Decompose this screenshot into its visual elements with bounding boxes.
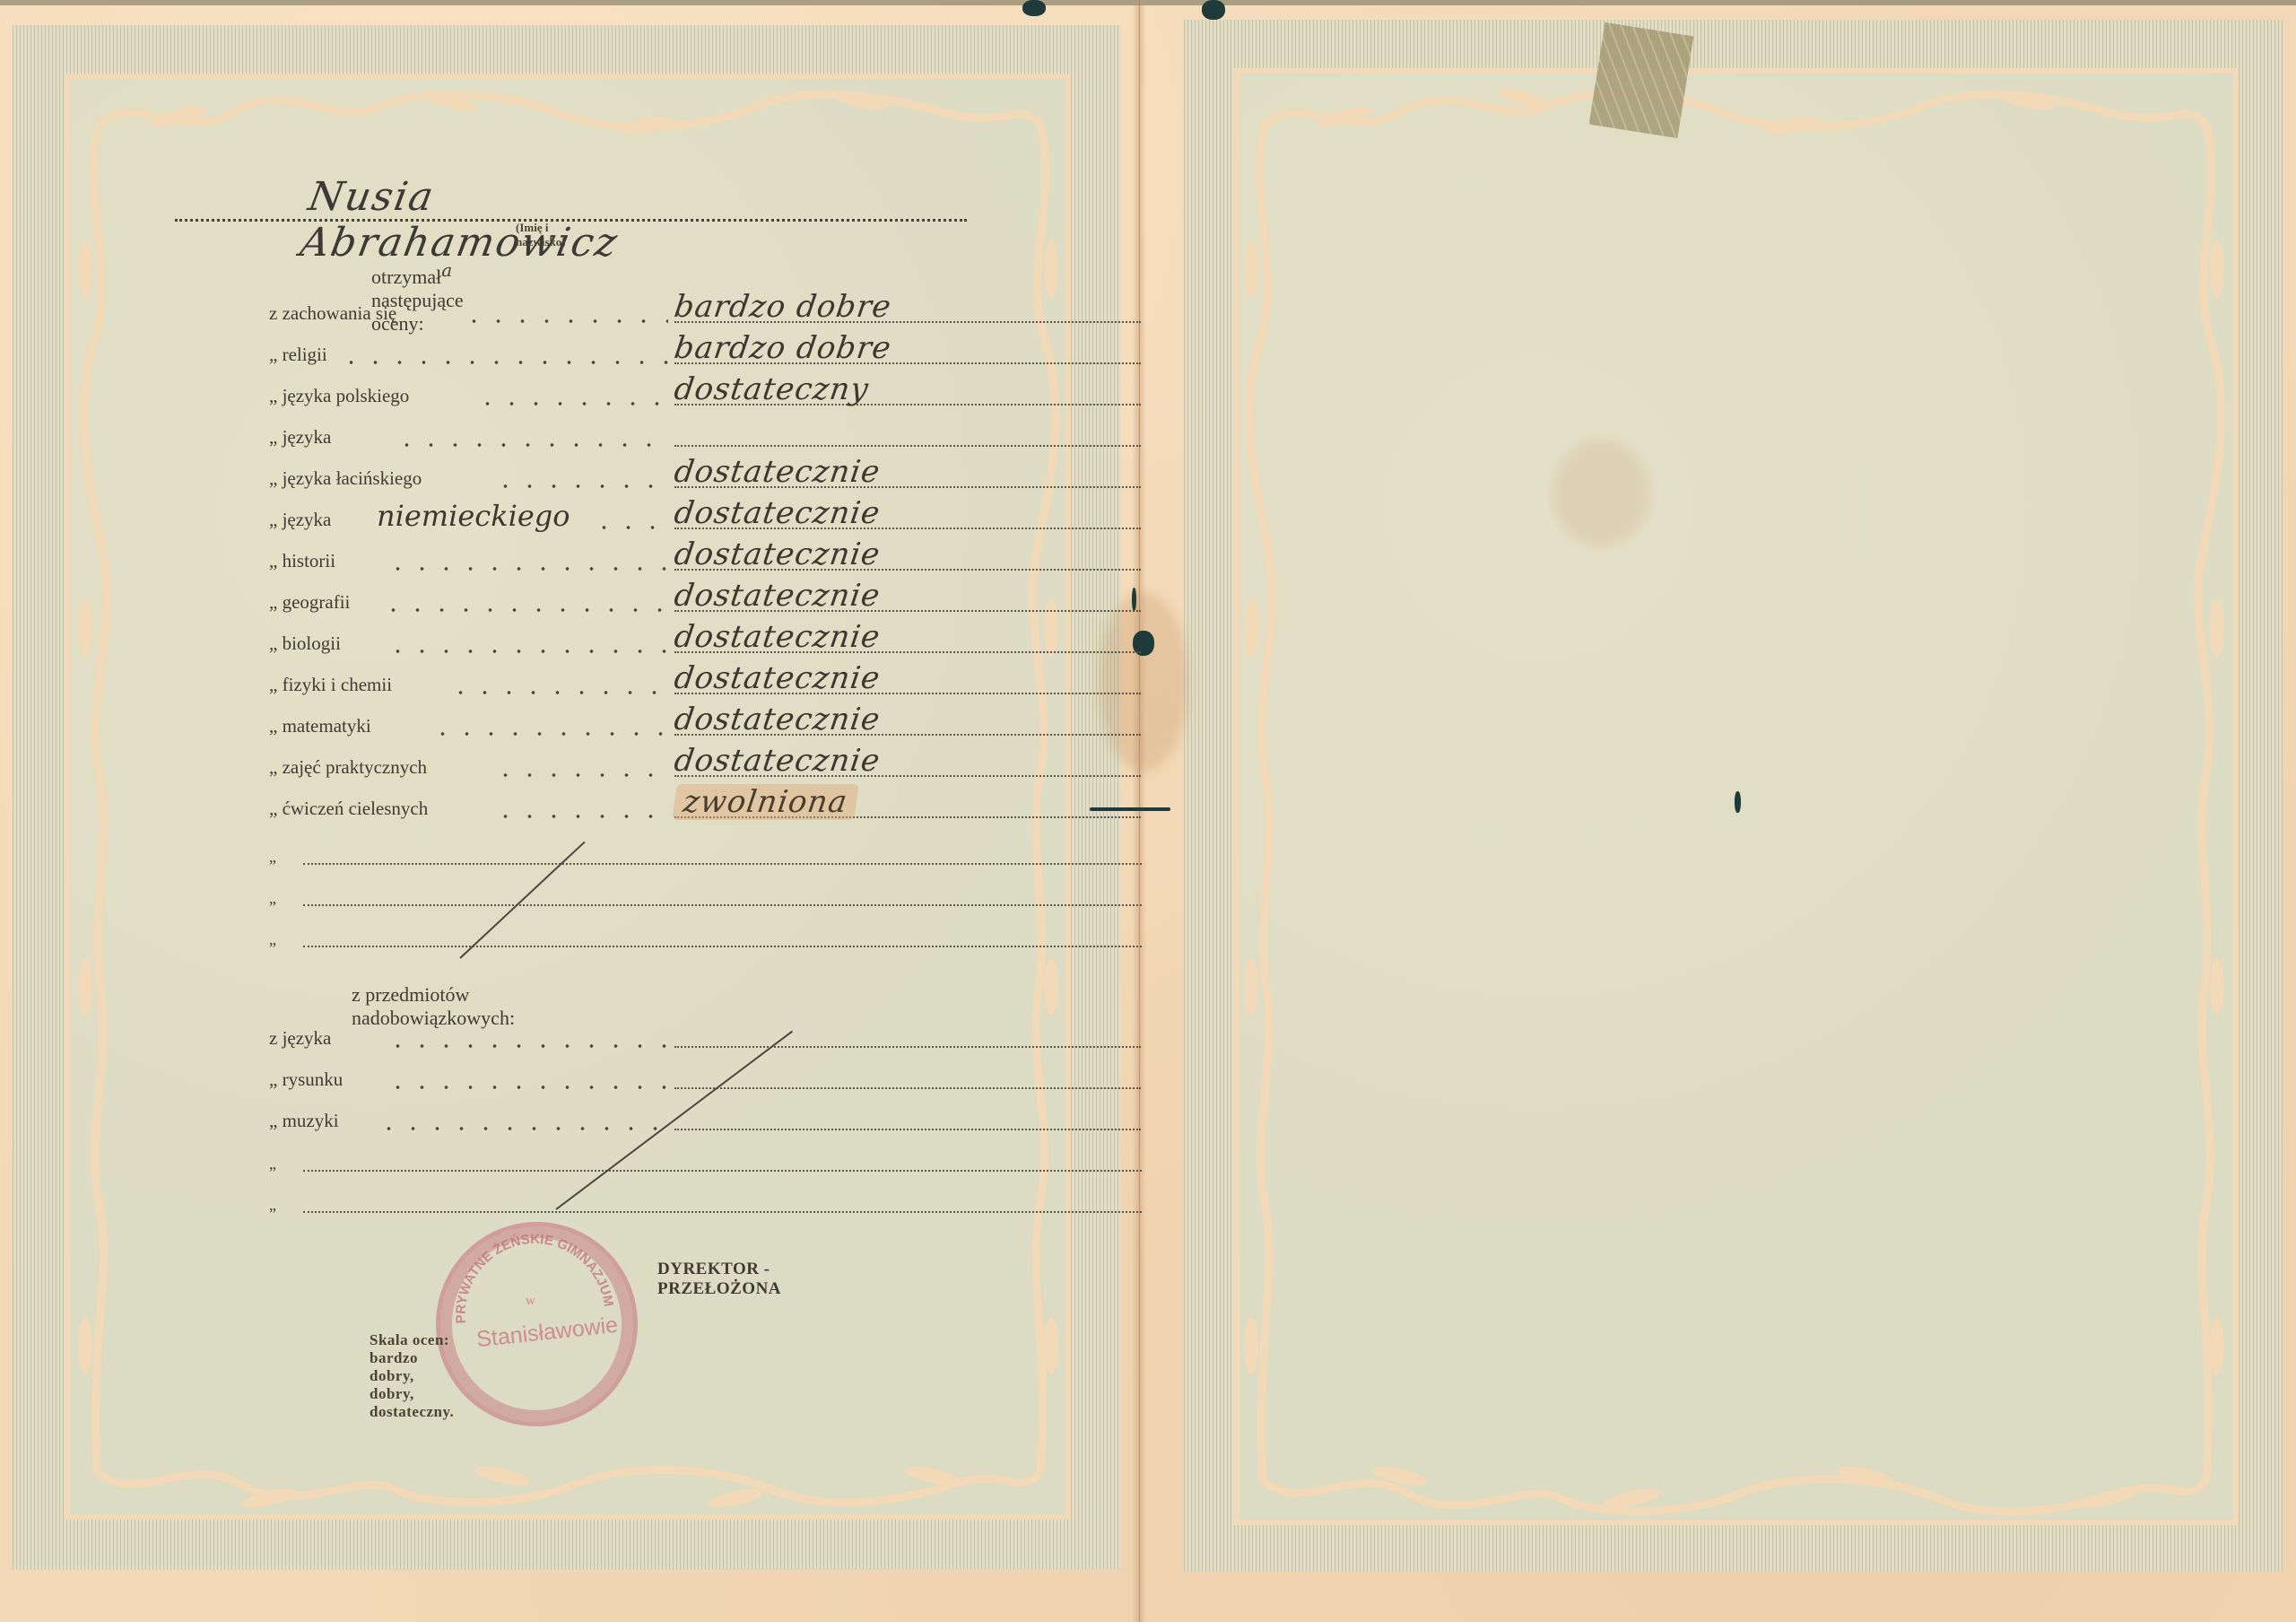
grade-value: dostatecznie — [672, 536, 883, 572]
name-caption: (Imię i nazwisko) — [516, 221, 566, 249]
grade-row: „ zajęć praktycznych dostatecznie — [269, 748, 969, 784]
optional-grade-row: z języka — [269, 1019, 969, 1055]
ditto-mark: „ — [269, 889, 276, 908]
subject-label: „ języka polskiego — [269, 385, 409, 407]
subject-label: „ biologii — [269, 632, 341, 655]
grade-value: dostatecznie — [672, 454, 883, 490]
grade-row: „ religii bardzo dobre — [269, 336, 969, 371]
ditto-mark: „ — [269, 848, 276, 867]
right-page-blank-area — [1256, 179, 2197, 1435]
grade-row: „ historii dostatecznie — [269, 542, 969, 578]
grade-row: „ języka niemieckiego dostatecznie — [269, 501, 969, 536]
blank-line — [303, 946, 1142, 947]
grading-scale: Skala ocen: bardzo dobry, dobry, dostate… — [370, 1331, 454, 1421]
grade-value: zwolniona — [672, 784, 858, 820]
grade-row: „ języka polskiego dostateczny — [269, 377, 969, 413]
grade-row: „ biologii dostatecznie — [269, 624, 969, 660]
svg-text:PRYWATNE ŻEŃSKIE GIMNAZJUM: PRYWATNE ŻEŃSKIE GIMNAZJUM — [453, 1232, 616, 1324]
name-dotted-line — [175, 219, 967, 222]
adhesive-tape-fragment — [1589, 22, 1694, 138]
grade-row: „ języka — [269, 418, 969, 454]
grade-value: dostatecznie — [672, 743, 883, 779]
grade-row: „ ćwiczeń cielesnych zwolniona — [269, 789, 969, 825]
grade-value: dostatecznie — [672, 619, 883, 655]
blank-grade-row: „ — [269, 1184, 969, 1220]
subject-label: „ fizyki i chemii — [269, 674, 392, 696]
subject-label: z zachowania się — [269, 302, 396, 325]
blank-grade-row: „ — [269, 919, 969, 955]
intro-handwritten-insert: a — [441, 259, 452, 281]
grade-value: bardzo dobre — [672, 289, 893, 325]
ditto-mark: „ — [269, 930, 276, 949]
ink-blot-fold-small — [1132, 588, 1136, 611]
grade-value: bardzo dobre — [672, 330, 893, 366]
grade-row: „ matematyki dostatecznie — [269, 707, 969, 743]
grade-row: „ geografii dostatecznie — [269, 583, 969, 619]
center-fold-crease — [1139, 0, 1140, 1622]
handwritten-language: niemieckiego — [377, 499, 570, 533]
top-edge-shadow — [0, 0, 2296, 5]
subject-label: „ geografii — [269, 591, 350, 614]
water-stain-center — [1099, 592, 1188, 772]
school-stamp: PRYWATNE ŻEŃSKIE GIMNAZJUM w Stanisławow… — [436, 1222, 638, 1426]
subject-label: „ języka łacińskiego — [269, 467, 422, 490]
subject-label: „ języka — [269, 509, 331, 531]
ink-mark-fold-horizontal — [1090, 807, 1170, 811]
grade-row: z zachowania się bardzo dobre — [269, 294, 969, 330]
grade-value: dostatecznie — [672, 660, 883, 696]
grade-row: „ fizyki i chemii dostatecznie — [269, 666, 969, 702]
blank-line — [303, 863, 1142, 865]
grade-value: dostatecznie — [672, 495, 883, 531]
grade-row: „ języka łacińskiego dostatecznie — [269, 459, 969, 495]
optional-grade-row: „ rysunku — [269, 1060, 969, 1096]
signature-title: DYREKTOR - PRZEŁOŻONA — [657, 1260, 781, 1299]
subject-label: „ ćwiczeń cielesnych — [269, 798, 428, 820]
optional-grade-row: „ muzyki — [269, 1102, 969, 1138]
subject-label: „ religii — [269, 344, 327, 366]
intro-prefix: otrzymał — [371, 266, 441, 288]
subject-label: „ matematyki — [269, 715, 371, 737]
subject-label: „ zajęć praktycznych — [269, 756, 427, 779]
grade-line — [674, 1046, 1141, 1048]
grade-line — [674, 1087, 1141, 1089]
ditto-mark: „ — [269, 1196, 276, 1215]
grade-value: dostateczny — [672, 371, 871, 407]
blank-line — [303, 1170, 1142, 1172]
ditto-mark: „ — [269, 1155, 276, 1173]
torn-corner-top-right — [1202, 0, 1225, 20]
subject-label: „ języka — [269, 426, 331, 449]
subject-label: „ muzyki — [269, 1110, 339, 1132]
grade-value: dostatecznie — [672, 702, 883, 737]
stamp-w: w — [526, 1294, 535, 1309]
blank-grade-row: „ — [269, 877, 969, 913]
subject-label: z języka — [269, 1027, 331, 1050]
torn-corner-top-left — [1022, 0, 1046, 16]
grade-line — [674, 445, 1141, 447]
blank-line — [303, 1211, 1142, 1213]
blank-grade-row: „ — [269, 836, 969, 872]
blank-line — [303, 904, 1142, 906]
subject-label: „ historii — [269, 550, 335, 572]
subject-label: „ rysunku — [269, 1068, 343, 1091]
grade-value: dostatecznie — [672, 578, 883, 614]
grade-line — [674, 1129, 1141, 1130]
